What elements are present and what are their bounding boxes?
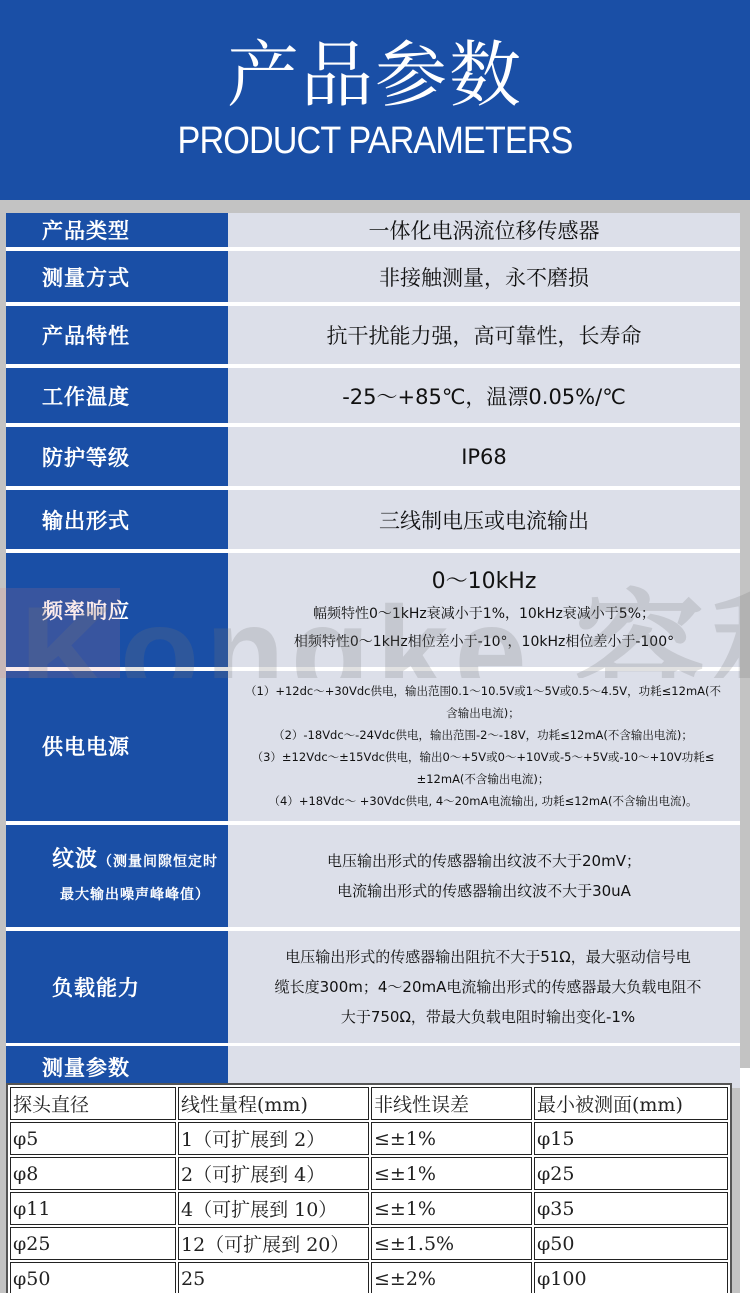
table-cell: φ35 xyxy=(534,1192,728,1225)
measurement-table: 探头直径 线性量程(mm) 非线性误差 最小被测面(mm) φ5 1（可扩展到 … xyxy=(6,1083,732,1293)
amplitude-response: 幅频特性0～1kHz衰减小于1%，10kHz衰减小于5%； xyxy=(313,603,655,625)
ripple-label-main: 纹波（测量间隙恒定时 xyxy=(52,842,218,880)
ripple-label-note: （测量间隙恒定时 xyxy=(98,854,218,870)
table-header: 非线性误差 xyxy=(371,1087,532,1120)
param-label: 频率响应 xyxy=(6,553,228,667)
power-line: 含输出电流)； xyxy=(446,702,520,724)
param-value: 一体化电涡流位移传感器 xyxy=(228,213,740,247)
table-row: φ50 25 ≤±2% φ100 xyxy=(10,1262,728,1293)
ripple-line: 电压输出形式的传感器输出纹波不大于20mV； xyxy=(327,846,641,876)
param-value: 非接触测量，永不磨损 xyxy=(228,251,740,302)
param-label: 产品类型 xyxy=(6,213,228,247)
measurement-header: 测量参数 xyxy=(6,1046,740,1088)
table-header: 最小被测面(mm) xyxy=(534,1087,728,1120)
table-cell: φ15 xyxy=(534,1122,728,1155)
param-value: 抗干扰能力强，高可靠性，长寿命 xyxy=(228,306,740,364)
param-row-frequency: 频率响应 0～10kHz 幅频特性0～1kHz衰减小于1%，10kHz衰减小于5… xyxy=(6,553,740,671)
power-line: （1）+12dc～+30Vdc供电，输出范围0.1～10.5V或1～5V或0.5… xyxy=(245,680,721,702)
side-gap xyxy=(740,1068,750,1293)
param-label: 测量参数 xyxy=(6,1046,228,1088)
param-value: -25～+85℃，温漂0.05%/℃ xyxy=(228,368,740,423)
power-line: （4）+18Vdc～ +30Vdc供电, 4～20mA电流输出, 功耗≤12mA… xyxy=(269,790,698,812)
ripple-label-note: 最大输出噪声峰峰值） xyxy=(60,880,210,910)
page-header: 产品参数 PRODUCT PARAMETERS xyxy=(0,0,750,200)
param-value: 电压输出形式的传感器输出阻抗不大于51Ω，最大驱动信号电 缆长度300m；4～2… xyxy=(228,931,740,1043)
param-label: 输出形式 xyxy=(6,490,228,549)
param-label: 负载能力 xyxy=(6,931,228,1043)
table-cell: φ50 xyxy=(10,1262,176,1293)
table-cell: φ25 xyxy=(534,1157,728,1190)
table-cell: φ100 xyxy=(534,1262,728,1293)
table-row: φ8 2（可扩展到 4） ≤±1% φ25 xyxy=(10,1157,728,1190)
load-line: 大于750Ω，带最大负载电阻时输出变化-1% xyxy=(341,1002,635,1032)
param-label: 供电电源 xyxy=(6,671,228,821)
table-cell: ≤±2% xyxy=(371,1262,532,1293)
param-value: IP68 xyxy=(228,427,740,486)
table-row: φ5 1（可扩展到 2） ≤±1% φ15 xyxy=(10,1122,728,1155)
frequency-range: 0～10kHz xyxy=(432,567,537,597)
param-label: 产品特性 xyxy=(6,306,228,364)
param-row-type: 产品类型 一体化电涡流位移传感器 xyxy=(6,213,740,251)
param-row-method: 测量方式 非接触测量，永不磨损 xyxy=(6,251,740,306)
table-cell: ≤±1% xyxy=(371,1157,532,1190)
param-value: 三线制电压或电流输出 xyxy=(228,490,740,549)
param-label: 纹波（测量间隙恒定时 最大输出噪声峰峰值） xyxy=(6,825,228,927)
param-label: 防护等级 xyxy=(6,427,228,486)
table-cell: 25 xyxy=(178,1262,369,1293)
table-cell: φ8 xyxy=(10,1157,176,1190)
table-header: 探头直径 xyxy=(10,1087,176,1120)
table-row: φ11 4（可扩展到 10） ≤±1% φ35 xyxy=(10,1192,728,1225)
table-header-row: 探头直径 线性量程(mm) 非线性误差 最小被测面(mm) xyxy=(10,1087,728,1120)
table-cell: φ50 xyxy=(534,1227,728,1260)
phase-response: 相频特性0～1kHz相位差小于-10°，10kHz相位差小于-100° xyxy=(294,631,674,653)
param-label: 测量方式 xyxy=(6,251,228,302)
table-cell: ≤±1% xyxy=(371,1122,532,1155)
param-value: 电压输出形式的传感器输出纹波不大于20mV； 电流输出形式的传感器输出纹波不大于… xyxy=(228,825,740,927)
power-line: ±12mA(不含输出电流)； xyxy=(417,768,550,790)
table-cell: 4（可扩展到 10） xyxy=(178,1192,369,1225)
param-value: （1）+12dc～+30Vdc供电，输出范围0.1～10.5V或1～5V或0.5… xyxy=(228,671,740,821)
page-subtitle: PRODUCT PARAMETERS xyxy=(38,118,713,164)
params-table: 产品类型 一体化电涡流位移传感器 测量方式 非接触测量，永不磨损 产品特性 抗干… xyxy=(6,213,740,1088)
ripple-line: 电流输出形式的传感器输出纹波不大于30uA xyxy=(337,876,631,906)
table-cell: φ5 xyxy=(10,1122,176,1155)
param-value-empty xyxy=(228,1046,740,1088)
table-cell: ≤±1% xyxy=(371,1192,532,1225)
param-row-output: 输出形式 三线制电压或电流输出 xyxy=(6,490,740,553)
param-row-ripple: 纹波（测量间隙恒定时 最大输出噪声峰峰值） 电压输出形式的传感器输出纹波不大于2… xyxy=(6,825,740,931)
page-title: 产品参数 xyxy=(0,30,750,120)
param-label: 工作温度 xyxy=(6,368,228,423)
load-line: 缆长度300m；4～20mA电流输出形式的传感器最大负载电阻不 xyxy=(275,972,702,1002)
table-cell: φ25 xyxy=(10,1227,176,1260)
param-value: 0～10kHz 幅频特性0～1kHz衰减小于1%，10kHz衰减小于5%； 相频… xyxy=(228,553,740,667)
param-row-protection: 防护等级 IP68 xyxy=(6,427,740,490)
table-cell: φ11 xyxy=(10,1192,176,1225)
table-cell: ≤±1.5% xyxy=(371,1227,532,1260)
table-cell: 1（可扩展到 2） xyxy=(178,1122,369,1155)
power-line: （2）-18Vdc～-24Vdc供电，输出范围-2～-18V，功耗≤12mA(不… xyxy=(273,724,693,746)
param-row-feature: 产品特性 抗干扰能力强，高可靠性，长寿命 xyxy=(6,306,740,368)
table-row: φ25 12（可扩展到 20） ≤±1.5% φ50 xyxy=(10,1227,728,1260)
param-row-temperature: 工作温度 -25～+85℃，温漂0.05%/℃ xyxy=(6,368,740,427)
table-header: 线性量程(mm) xyxy=(178,1087,369,1120)
param-row-power: 供电电源 （1）+12dc～+30Vdc供电，输出范围0.1～10.5V或1～5… xyxy=(6,671,740,825)
load-line: 电压输出形式的传感器输出阻抗不大于51Ω，最大驱动信号电 xyxy=(285,942,691,972)
power-line: （3）±12Vdc～±15Vdc供电，输出0～+5V或0～+10V或-5～+5V… xyxy=(252,746,715,768)
table-cell: 2（可扩展到 4） xyxy=(178,1157,369,1190)
table-cell: 12（可扩展到 20） xyxy=(178,1227,369,1260)
param-row-load: 负载能力 电压输出形式的传感器输出阻抗不大于51Ω，最大驱动信号电 缆长度300… xyxy=(6,931,740,1043)
